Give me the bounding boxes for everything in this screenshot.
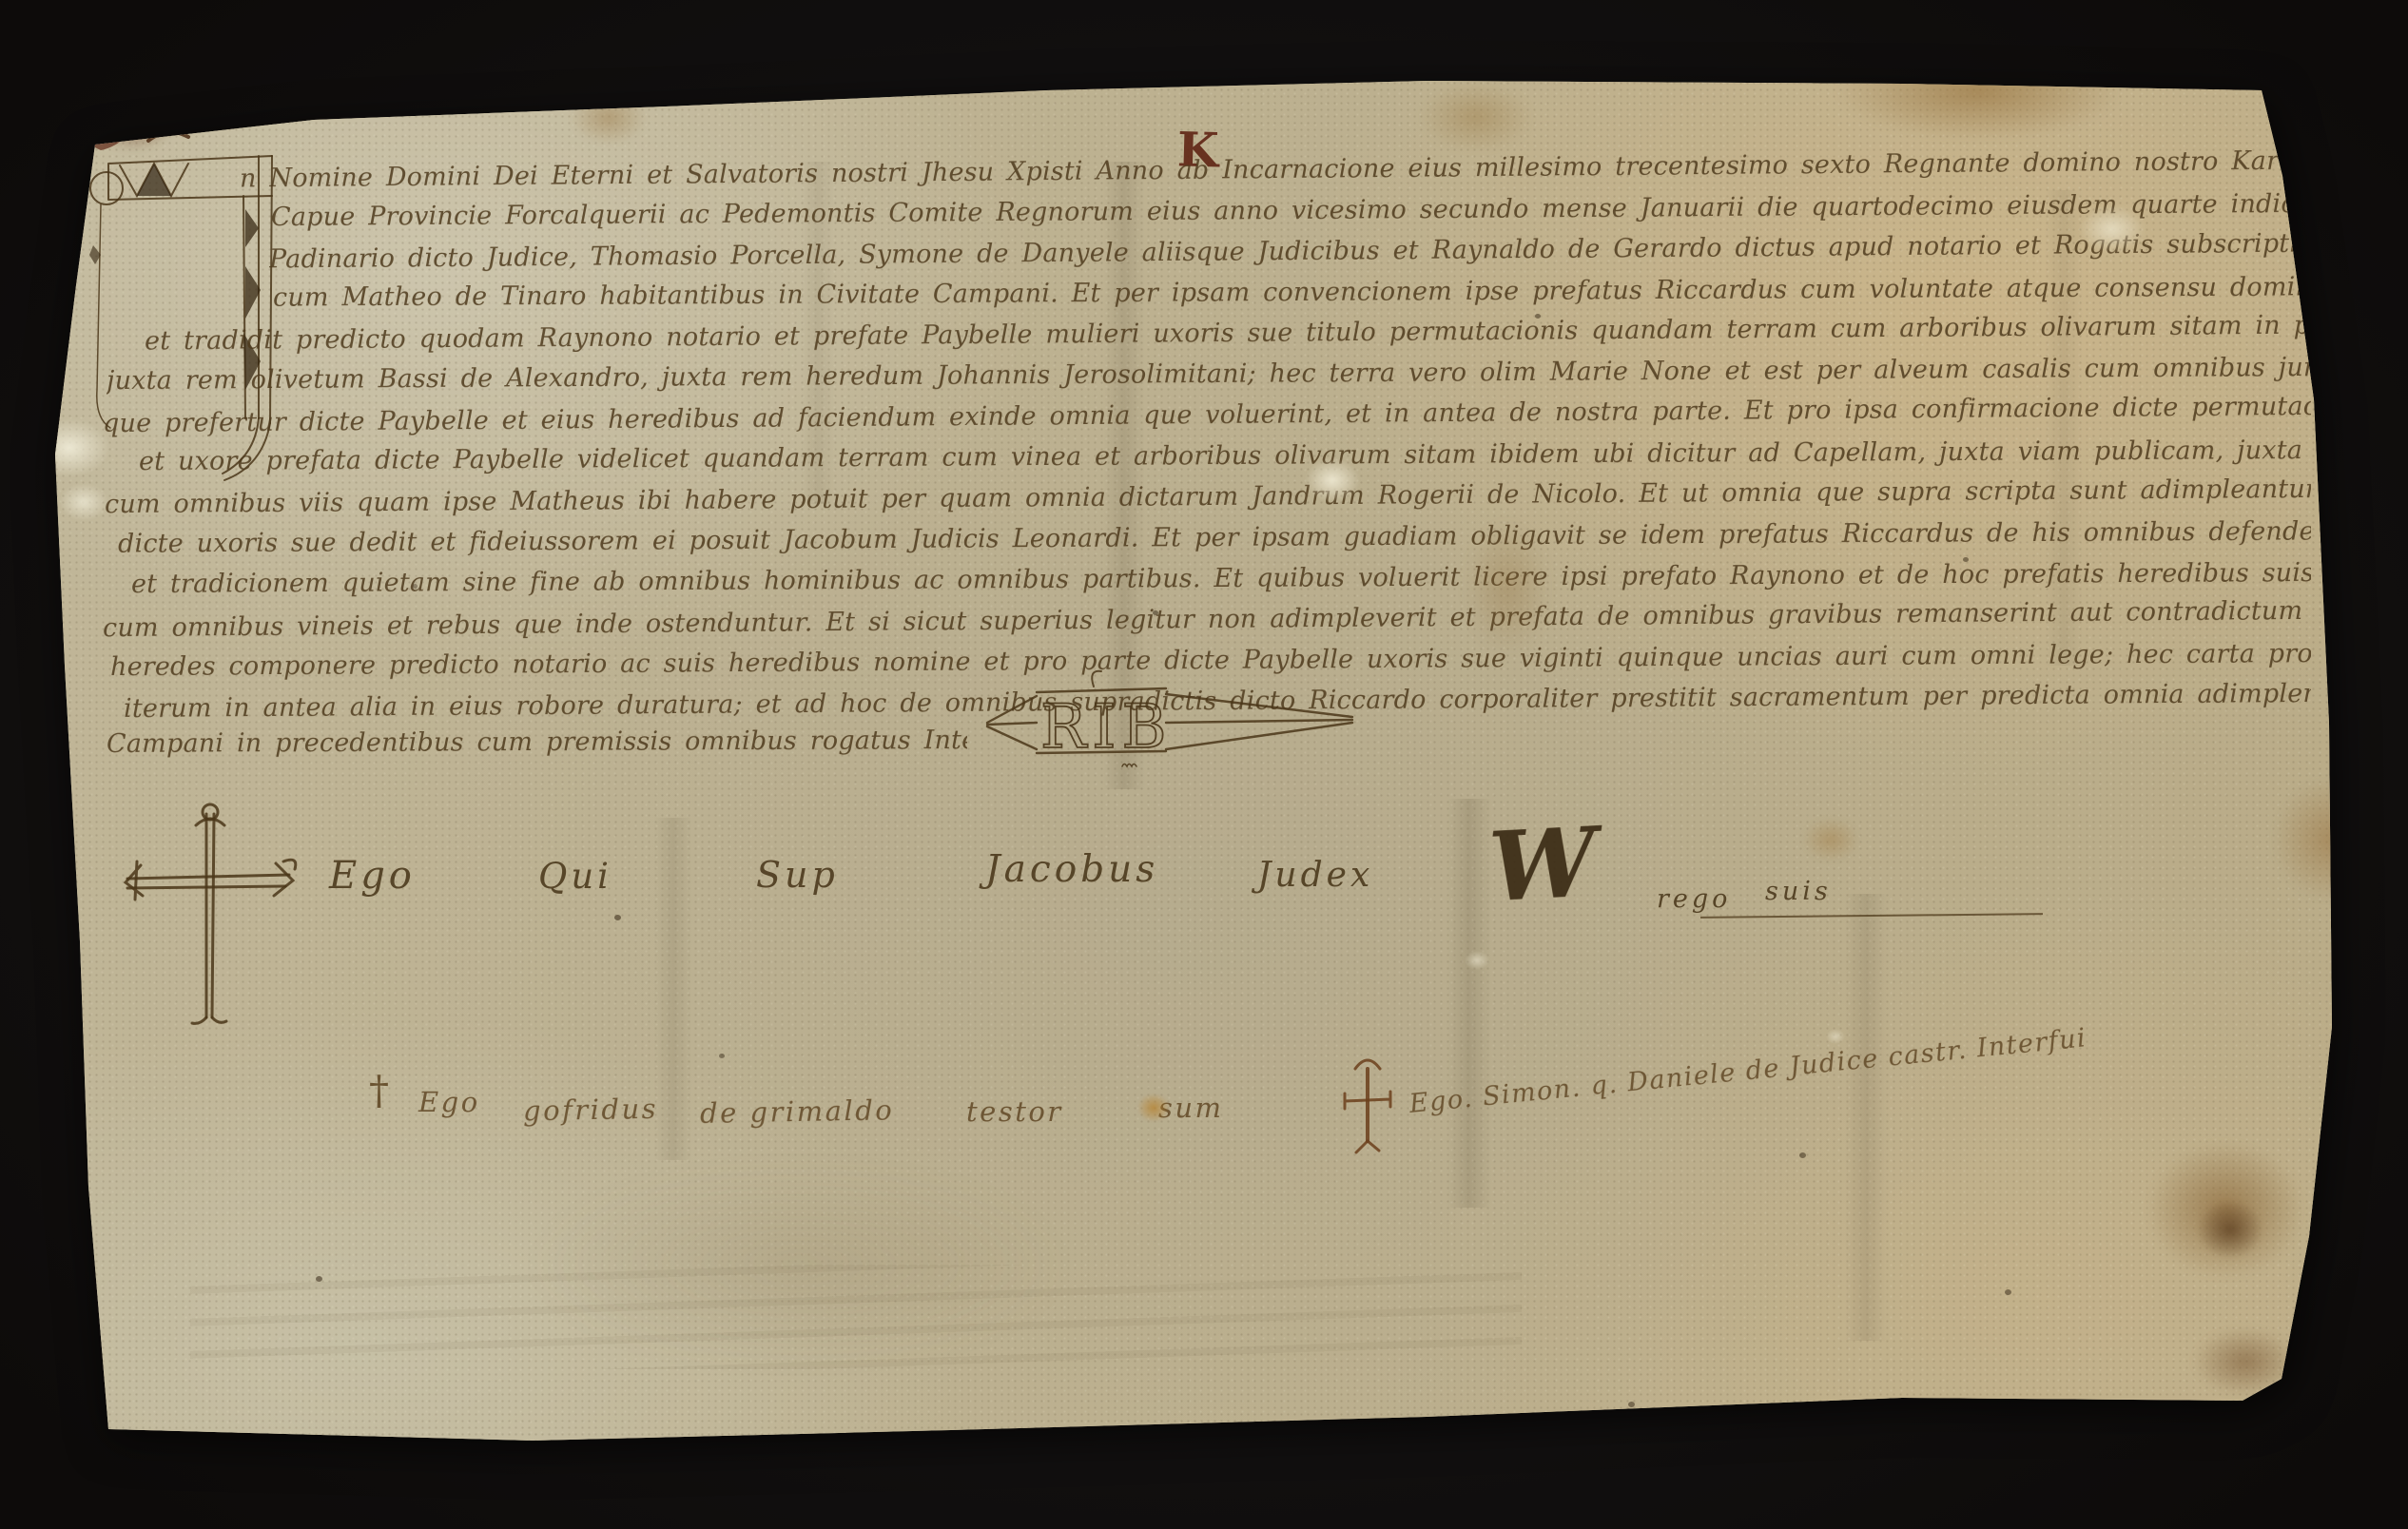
parchment-wrap: I K n Nomine Domini Dei Eterni et Salvat… <box>0 0 2408 1529</box>
stain <box>2197 1200 2263 1259</box>
signature2-word-sum: sum <box>1158 1092 1224 1124</box>
photo-stage: I K n Nomine Domini Dei Eterni et Salvat… <box>0 0 2408 1529</box>
manuscript-line-2: Capue Provincie Forcalquerii ac Pedemont… <box>271 188 2311 234</box>
signature-word-ego: Ego <box>329 854 416 898</box>
manuscript-line-4: cum Matheo de Tinaro habitantibus in Civ… <box>273 271 2311 314</box>
signature-word-sup: Sup <box>756 854 839 896</box>
manuscript-line-9: cum omnibus viis quam ipse Matheus ibi h… <box>105 474 2311 521</box>
manuscript-line-11: et tradicionem quietam sine fine ab omni… <box>131 557 2311 601</box>
stain <box>533 1170 1065 1360</box>
signature-word-qui: Qui <box>538 856 612 897</box>
signature-flourish-suffix: rego <box>1657 884 1731 914</box>
signature-word-jacobus: Jacobus <box>985 848 1158 891</box>
signature2-word-ego: Ego <box>418 1086 480 1118</box>
witness-cross-ornate-icon <box>1339 1054 1400 1168</box>
light-spot <box>59 483 108 521</box>
speck <box>614 915 621 920</box>
manuscript-line-12: cum omnibus vineis et rebus que inde ost… <box>103 595 2311 645</box>
stain <box>571 91 647 145</box>
manuscript-line-10: dicte uxoris sue dedit et fideiussorem e… <box>118 515 2311 560</box>
manuscript-line-7: que prefertur dicte Paybelle et eius her… <box>103 391 2311 440</box>
manuscript-line-1: n Nomine Domini Dei Eterni et Salvatoris… <box>240 145 2311 195</box>
manuscript-line-5: et tradidit predicto quodam Raynono nota… <box>145 310 2311 358</box>
notary-sign-monogram: RIB <box>980 668 1360 780</box>
signature-word-suis: suis <box>1765 877 1832 906</box>
crease <box>1845 894 1887 1341</box>
signature2-word-gofridus: gofridus <box>523 1093 659 1127</box>
wrinkle-band <box>190 1265 1522 1369</box>
stain <box>2193 1327 2298 1396</box>
signature-word-judex: Judex <box>1257 856 1373 895</box>
crease <box>1447 799 1491 1208</box>
signature-flourish-W: W <box>1486 805 1599 923</box>
parchment-charter: I K n Nomine Domini Dei Eterni et Salvat… <box>0 0 2408 1529</box>
light-spot <box>1826 1029 1845 1044</box>
signature2-attestation: Ego. Simon. q. Daniele de Judice castr. … <box>1408 1023 2088 1119</box>
stain <box>2147 1141 2304 1279</box>
witness-cross-small-glyph: † <box>369 1067 392 1113</box>
stain <box>1419 82 1533 152</box>
speck <box>1799 1152 1806 1158</box>
signature-tail-stroke <box>1700 913 2043 919</box>
manuscript-line-8: et uxore prefata dicte Paybelle videlice… <box>139 435 2311 478</box>
stain <box>2273 778 2387 901</box>
speck <box>316 1276 322 1282</box>
speck <box>719 1054 725 1058</box>
stain <box>1802 818 1859 861</box>
manuscript-line-3: Padinario dicto Judice, Thomasio Porcell… <box>269 228 2311 277</box>
crease <box>654 818 692 1160</box>
light-spot <box>1465 951 1489 970</box>
stain <box>1835 42 2121 141</box>
manuscript-line-6: juxta rem olivetum Bassi de Alexandro, j… <box>107 352 2311 397</box>
signature2-word-testor: testor <box>966 1095 1063 1128</box>
speck <box>2005 1289 2011 1295</box>
signature2-word-degrimaldo: de grimaldo <box>700 1094 895 1130</box>
witness-cross-large-icon <box>116 801 306 1029</box>
monogram-letters: RIB <box>1040 692 1173 763</box>
manuscript-line-15: Campani in precedentibus cum premissis o… <box>107 725 967 761</box>
speck <box>1628 1402 1635 1407</box>
stain <box>1122 25 1236 82</box>
